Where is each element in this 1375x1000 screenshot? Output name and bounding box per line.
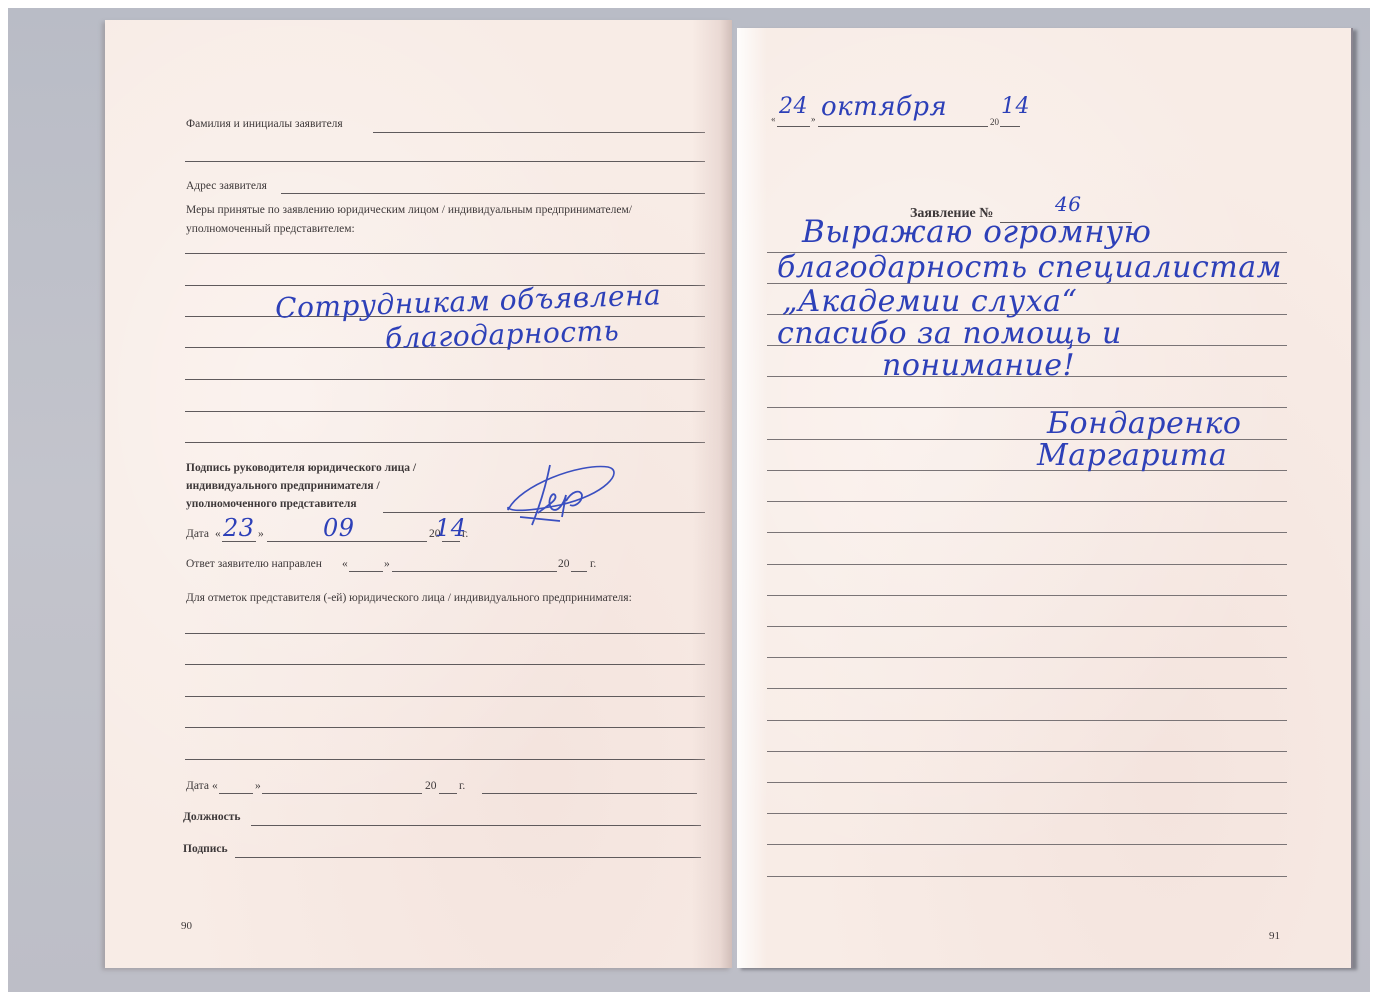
statement-line-12[interactable]: [767, 595, 1287, 596]
reply-year-field[interactable]: [571, 571, 587, 572]
reply-close-quote: »: [384, 558, 390, 570]
page-number-left: 90: [181, 920, 192, 932]
applicant-name-field[interactable]: [373, 132, 705, 133]
measures-line-7[interactable]: [185, 442, 705, 443]
applicant-name-field-2[interactable]: [185, 161, 705, 162]
bottom-year-prefix: 20: [425, 780, 437, 792]
statement-line-18[interactable]: [767, 782, 1287, 783]
applicant-address-label: Адрес заявителя: [186, 180, 267, 192]
statement-line-16[interactable]: [767, 720, 1287, 721]
statement-handwritten-line-5: понимание!: [882, 348, 1075, 383]
statement-line-13[interactable]: [767, 626, 1287, 627]
bottom-date-label: Дата: [186, 780, 209, 792]
right-date-year-field[interactable]: [1000, 126, 1020, 127]
statement-handwritten-line-3: „Академии слуха“: [782, 284, 1077, 319]
statement-handwritten-line-1: Выражаю огромную: [802, 214, 1151, 250]
statement-line-11[interactable]: [767, 564, 1287, 565]
right-date-year-prefix: 20: [990, 117, 999, 127]
measures-handwritten-line2: благодарность: [384, 314, 619, 355]
bottom-date-month-field[interactable]: [262, 793, 422, 794]
author-signature-line-2: Маргарита: [1037, 438, 1227, 473]
signature-label-line1: Подпись руководителя юридического лица /: [186, 462, 416, 474]
manager-signature: [500, 455, 620, 535]
statement-handwritten-line-2: благодарность специалистам: [777, 250, 1282, 285]
statement-line-19[interactable]: [767, 813, 1287, 814]
bottom-date-extra-field[interactable]: [482, 793, 697, 794]
page-number-right: 91: [1269, 930, 1280, 942]
measures-line-6[interactable]: [185, 411, 705, 412]
applicant-address-field[interactable]: [281, 193, 705, 194]
date-label: Дата: [186, 528, 209, 540]
author-signature-line-1: Бондаренко: [1047, 406, 1241, 441]
bottom-date-open-quote: «: [212, 780, 218, 792]
statement-line-17[interactable]: [767, 751, 1287, 752]
date-month-handwritten: 09: [323, 514, 355, 542]
date-day-handwritten: 23: [223, 514, 255, 542]
right-date-day-field[interactable]: [777, 126, 810, 127]
reply-month-field[interactable]: [392, 571, 557, 572]
reply-year-unit: г.: [590, 558, 596, 570]
applicant-name-label: Фамилия и инициалы заявителя: [186, 118, 343, 130]
statement-line-21[interactable]: [767, 876, 1287, 877]
right-date-open-quote: «: [771, 114, 776, 124]
reply-open-quote: «: [342, 558, 348, 570]
position-field[interactable]: [251, 825, 701, 826]
signature-label-line2: индивидуального предпринимателя /: [186, 480, 380, 492]
statement-line-10[interactable]: [767, 532, 1287, 533]
notes-line-1[interactable]: [185, 633, 705, 634]
reply-year-prefix: 20: [558, 558, 570, 570]
statement-line-9[interactable]: [767, 501, 1287, 502]
reply-label: Ответ заявителю направлен: [186, 558, 322, 570]
right-date-close-quote: »: [811, 114, 816, 124]
date-open-quote: «: [215, 528, 221, 540]
notes-line-2[interactable]: [185, 664, 705, 665]
right-date-month-field[interactable]: [818, 126, 988, 127]
measures-label-line2: уполномоченный представителем:: [186, 223, 355, 235]
statement-number-handwritten: 46: [1055, 192, 1081, 216]
statement-line-15[interactable]: [767, 688, 1287, 689]
sign-label: Подпись: [183, 843, 228, 855]
reply-day-field[interactable]: [349, 571, 383, 572]
bottom-date-day-field[interactable]: [219, 793, 253, 794]
notes-line-3[interactable]: [185, 696, 705, 697]
right-date-month-handwritten: октября: [821, 92, 947, 122]
bottom-year-field[interactable]: [439, 793, 457, 794]
measures-label-line1: Меры принятые по заявлению юридическим л…: [186, 204, 632, 216]
measures-line-1[interactable]: [185, 253, 705, 254]
date-year-handwritten: 14: [435, 514, 467, 542]
notes-line-5[interactable]: [185, 759, 705, 760]
notes-label: Для отметок представителя (-ей) юридичес…: [186, 592, 632, 604]
signature-label-line3: уполномоченного представителя: [186, 498, 357, 510]
right-page: « » 20 24 октября 14 Заявление № 46 Выра…: [737, 28, 1353, 968]
bottom-date-close-quote: »: [255, 780, 261, 792]
right-date-day-handwritten: 24: [779, 94, 808, 119]
notes-line-4[interactable]: [185, 727, 705, 728]
position-label: Должность: [183, 811, 241, 823]
date-close-quote: »: [258, 528, 264, 540]
sign-field[interactable]: [235, 857, 701, 858]
left-page: Фамилия и инициалы заявителя Адрес заяви…: [105, 20, 732, 968]
statement-handwritten-line-4: спасибо за помощь и: [777, 316, 1122, 351]
bottom-year-unit: г.: [459, 780, 465, 792]
measures-line-5[interactable]: [185, 379, 705, 380]
statement-line-14[interactable]: [767, 657, 1287, 658]
statement-line-20[interactable]: [767, 844, 1287, 845]
right-date-year-handwritten: 14: [1001, 94, 1030, 119]
